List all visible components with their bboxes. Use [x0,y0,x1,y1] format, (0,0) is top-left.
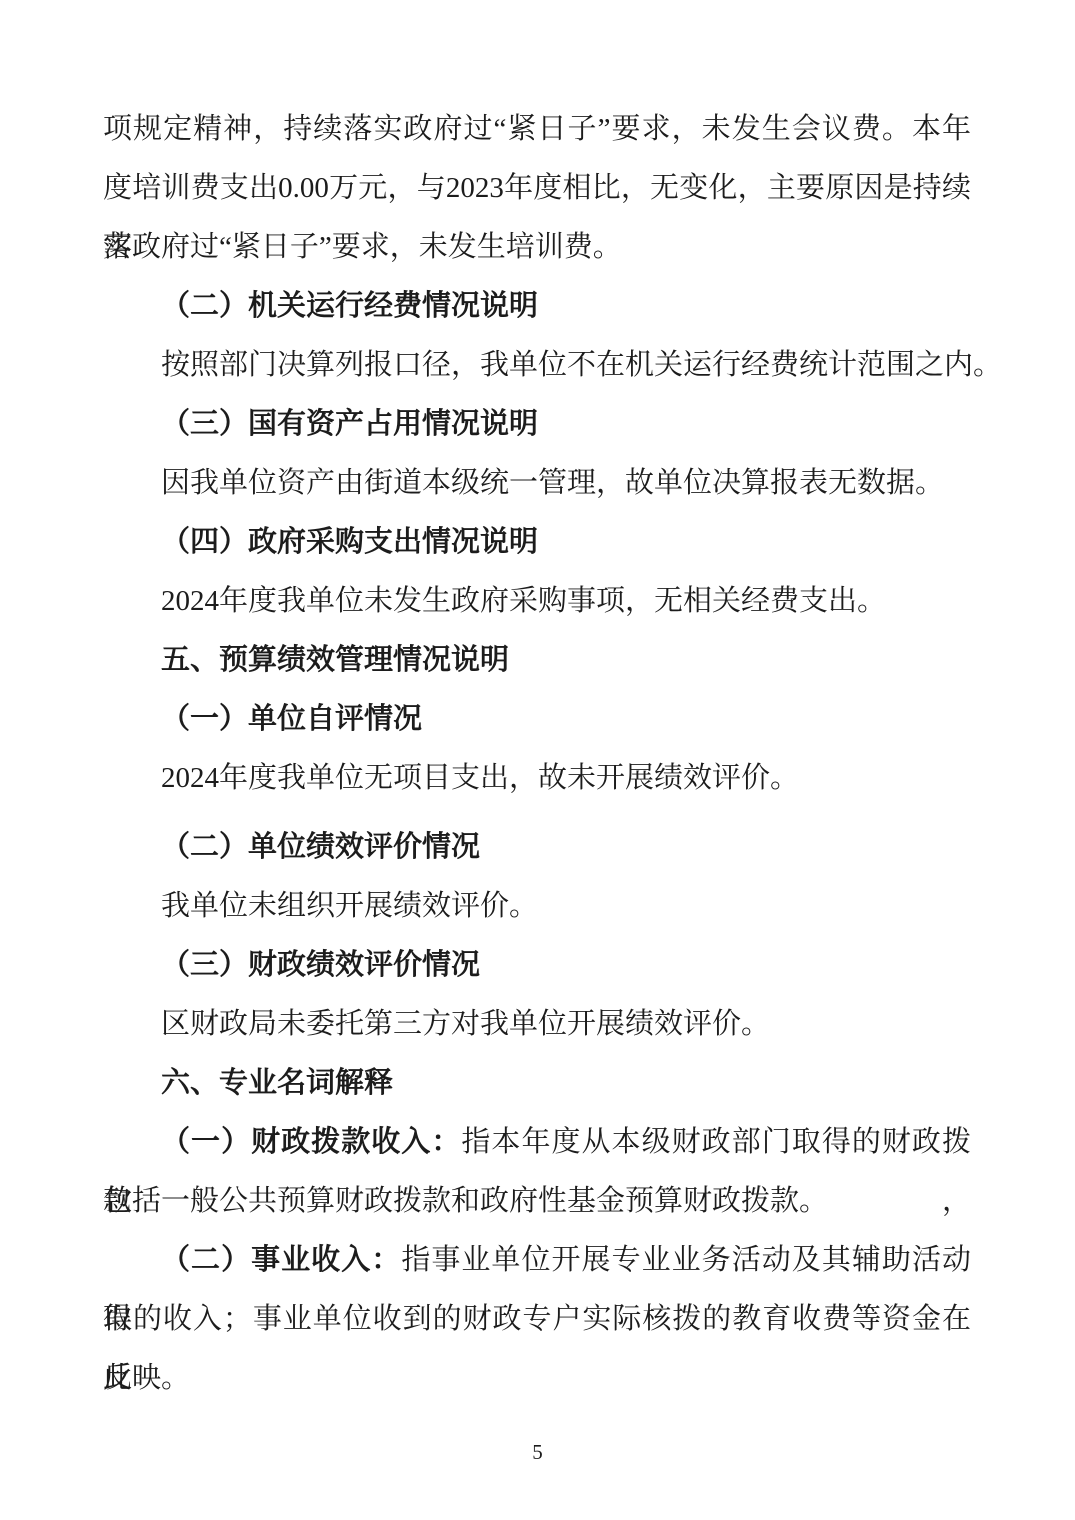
document-page: 项规定精神，持续落实政府过“紧日子”要求，未发生会议费。本年 度培训费支出0.0… [0,0,1075,1520]
page-number: 5 [0,1432,1075,1472]
term-fiscal-appropriation-income-lead: （一）财政拨款收入： [161,1126,461,1158]
heading-agency-operating-expenses: （二）机关运行经费情况说明 [103,277,971,336]
term-operational-income-lead: （二）事业收入： [161,1244,401,1276]
heading-fiscal-performance-evaluation: （三）财政绩效评价情况 [103,936,971,995]
paragraph-state-assets: 因我单位资产由街道本级统一管理，故单位决算报表无数据。 [103,454,971,513]
paragraph-training-fee-line-1: 项规定精神，持续落实政府过“紧日子”要求，未发生会议费。本年 [103,100,971,159]
heading-state-assets: （三）国有资产占用情况说明 [103,395,971,454]
term-operational-income-line-2: 得的收入；事业单位收到的财政专户实际核拨的教育收费等资金在此 [103,1290,971,1349]
paragraph-training-fee-line-3: 实政府过“紧日子”要求，未发生培训费。 [103,218,971,277]
paragraph-training-fee-line-2: 度培训费支出0.00万元，与2023年度相比，无变化，主要原因是持续落 [103,159,971,218]
heading-unit-self-evaluation: （一）单位自评情况 [103,690,971,749]
paragraph-agency-operating-expenses: 按照部门决算列报口径，我单位不在机关运行经费统计范围之内。 [103,336,971,395]
paragraph-government-procurement: 2024年度我单位未发生政府采购事项，无相关经费支出。 [103,572,971,631]
term-fiscal-appropriation-income-line-1: （一）财政拨款收入：指本年度从本级财政部门取得的财政拨款， [103,1113,971,1172]
paragraph-fiscal-performance-evaluation: 区财政局未委托第三方对我单位开展绩效评价。 [103,995,971,1054]
heading-terminology: 六、专业名词解释 [103,1054,971,1113]
paragraph-unit-performance-evaluation: 我单位未组织开展绩效评价。 [103,877,971,936]
heading-budget-performance-management: 五、预算绩效管理情况说明 [103,631,971,690]
term-operational-income-line-1: （二）事业收入：指事业单位开展专业业务活动及其辅助活动取 [103,1231,971,1290]
term-operational-income-line-3: 反映。 [103,1349,971,1408]
heading-government-procurement: （四）政府采购支出情况说明 [103,513,971,572]
heading-unit-performance-evaluation: （二）单位绩效评价情况 [103,818,971,877]
paragraph-unit-self-evaluation: 2024年度我单位无项目支出，故未开展绩效评价。 [103,749,971,808]
